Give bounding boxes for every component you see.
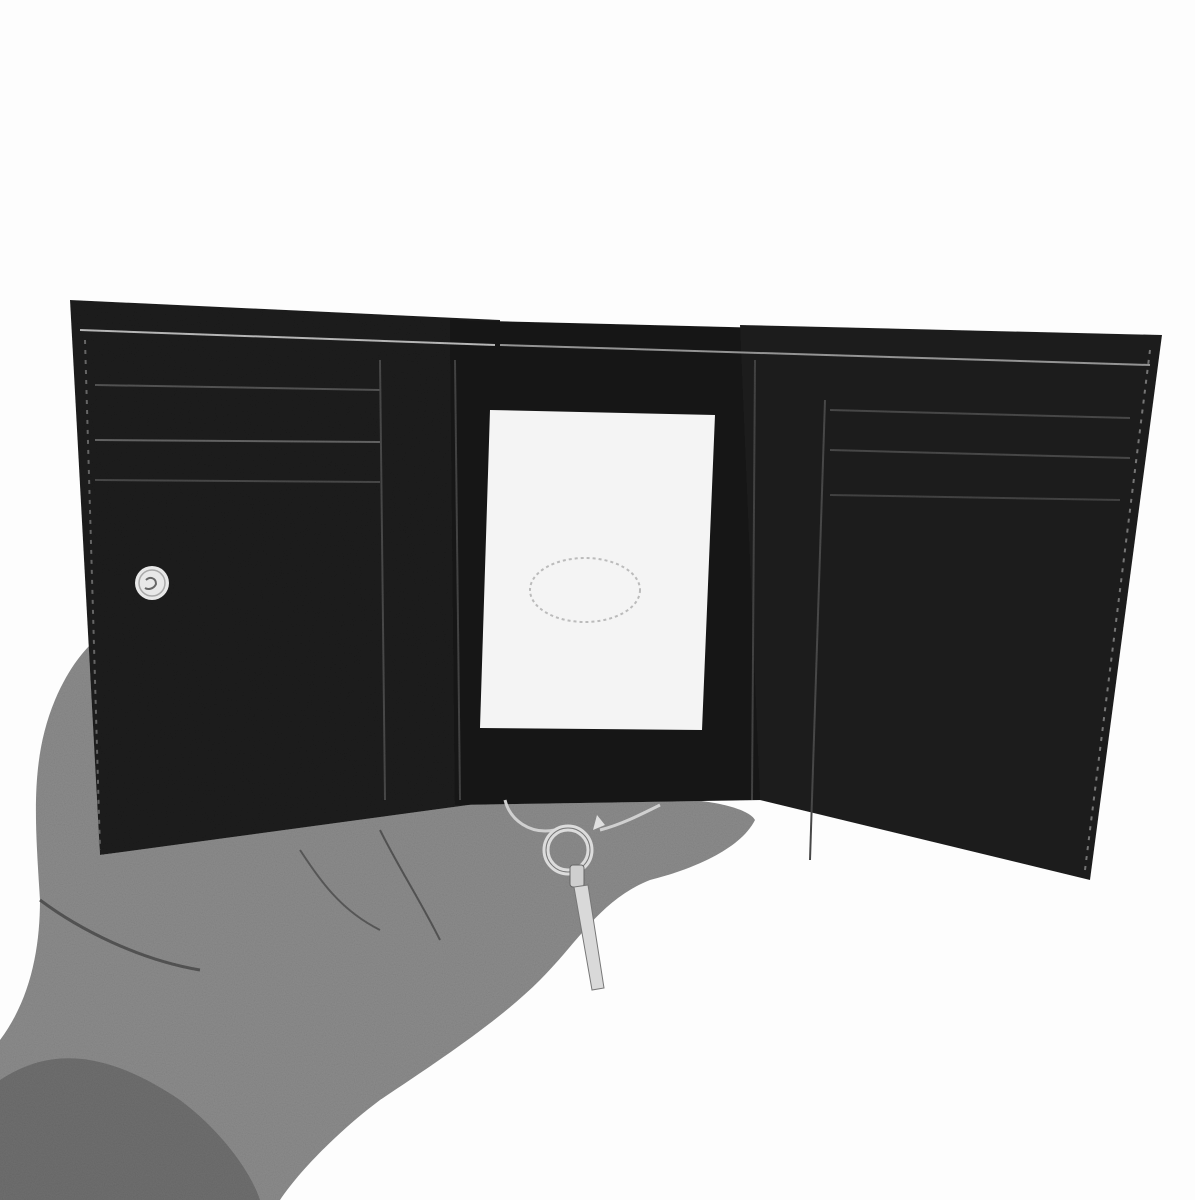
- photo-scene: [0, 0, 1195, 1200]
- wallet-right-panel: [740, 325, 1162, 880]
- photo-svg: [0, 0, 1195, 1200]
- id-window: [480, 410, 715, 730]
- snap-button: [135, 566, 169, 600]
- wallet-left-panel: [70, 300, 505, 855]
